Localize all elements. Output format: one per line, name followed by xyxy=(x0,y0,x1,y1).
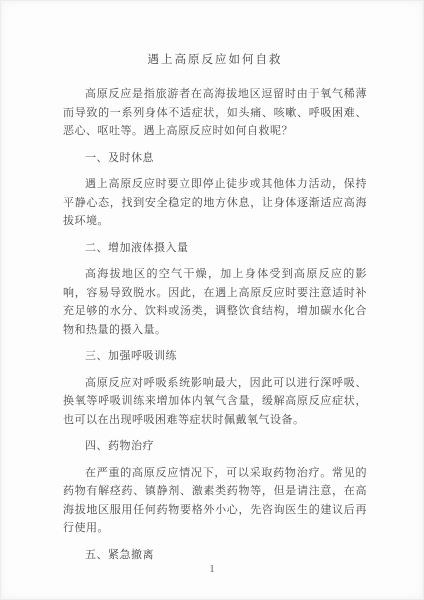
section-paragraph-2: 高海拔地区的空气干燥，加上身体受到高原反应的影响，容易导致脱水。因此，在遇上高原… xyxy=(63,265,367,339)
section-heading-2: 二、增加液体摄入量 xyxy=(63,239,367,258)
section-paragraph-3: 高原反应对呼吸系统影响最大，因此可以进行深呼吸、换氧等呼吸训练来增加体内氧气含量… xyxy=(63,374,367,430)
section-paragraph-1: 遇上高原反应时要立即停止徒步或其他体力活动，保持平静心态，找到安全稳定的地方休息… xyxy=(63,175,367,231)
intro-paragraph: 高原反应是指旅游者在高海拔地区逗留时由于氧气稀薄而导致的一系列身体不适症状，如头… xyxy=(63,85,367,141)
document-page: 遇上高原反应如何自救 高原反应是指旅游者在高海拔地区逗留时由于氧气稀薄而导致的一… xyxy=(0,0,424,600)
document-title: 遇上高原反应如何自救 xyxy=(63,51,367,69)
section-paragraph-4: 在严重的高原反应情况下，可以采取药物治疗。常见的药物有解痉药、镇静剂、激素类药物… xyxy=(63,464,367,538)
section-heading-3: 三、加强呼吸训练 xyxy=(63,347,367,366)
section-heading-4: 四、药物治疗 xyxy=(63,437,367,456)
section-heading-1: 一、及时休息 xyxy=(63,149,367,168)
section-heading-5: 五、紧急撤离 xyxy=(63,546,367,565)
document-body: 遇上高原反应如何自救 高原反应是指旅游者在高海拔地区逗留时由于氧气稀薄而导致的一… xyxy=(1,1,423,564)
page-number: 1 xyxy=(1,564,423,575)
